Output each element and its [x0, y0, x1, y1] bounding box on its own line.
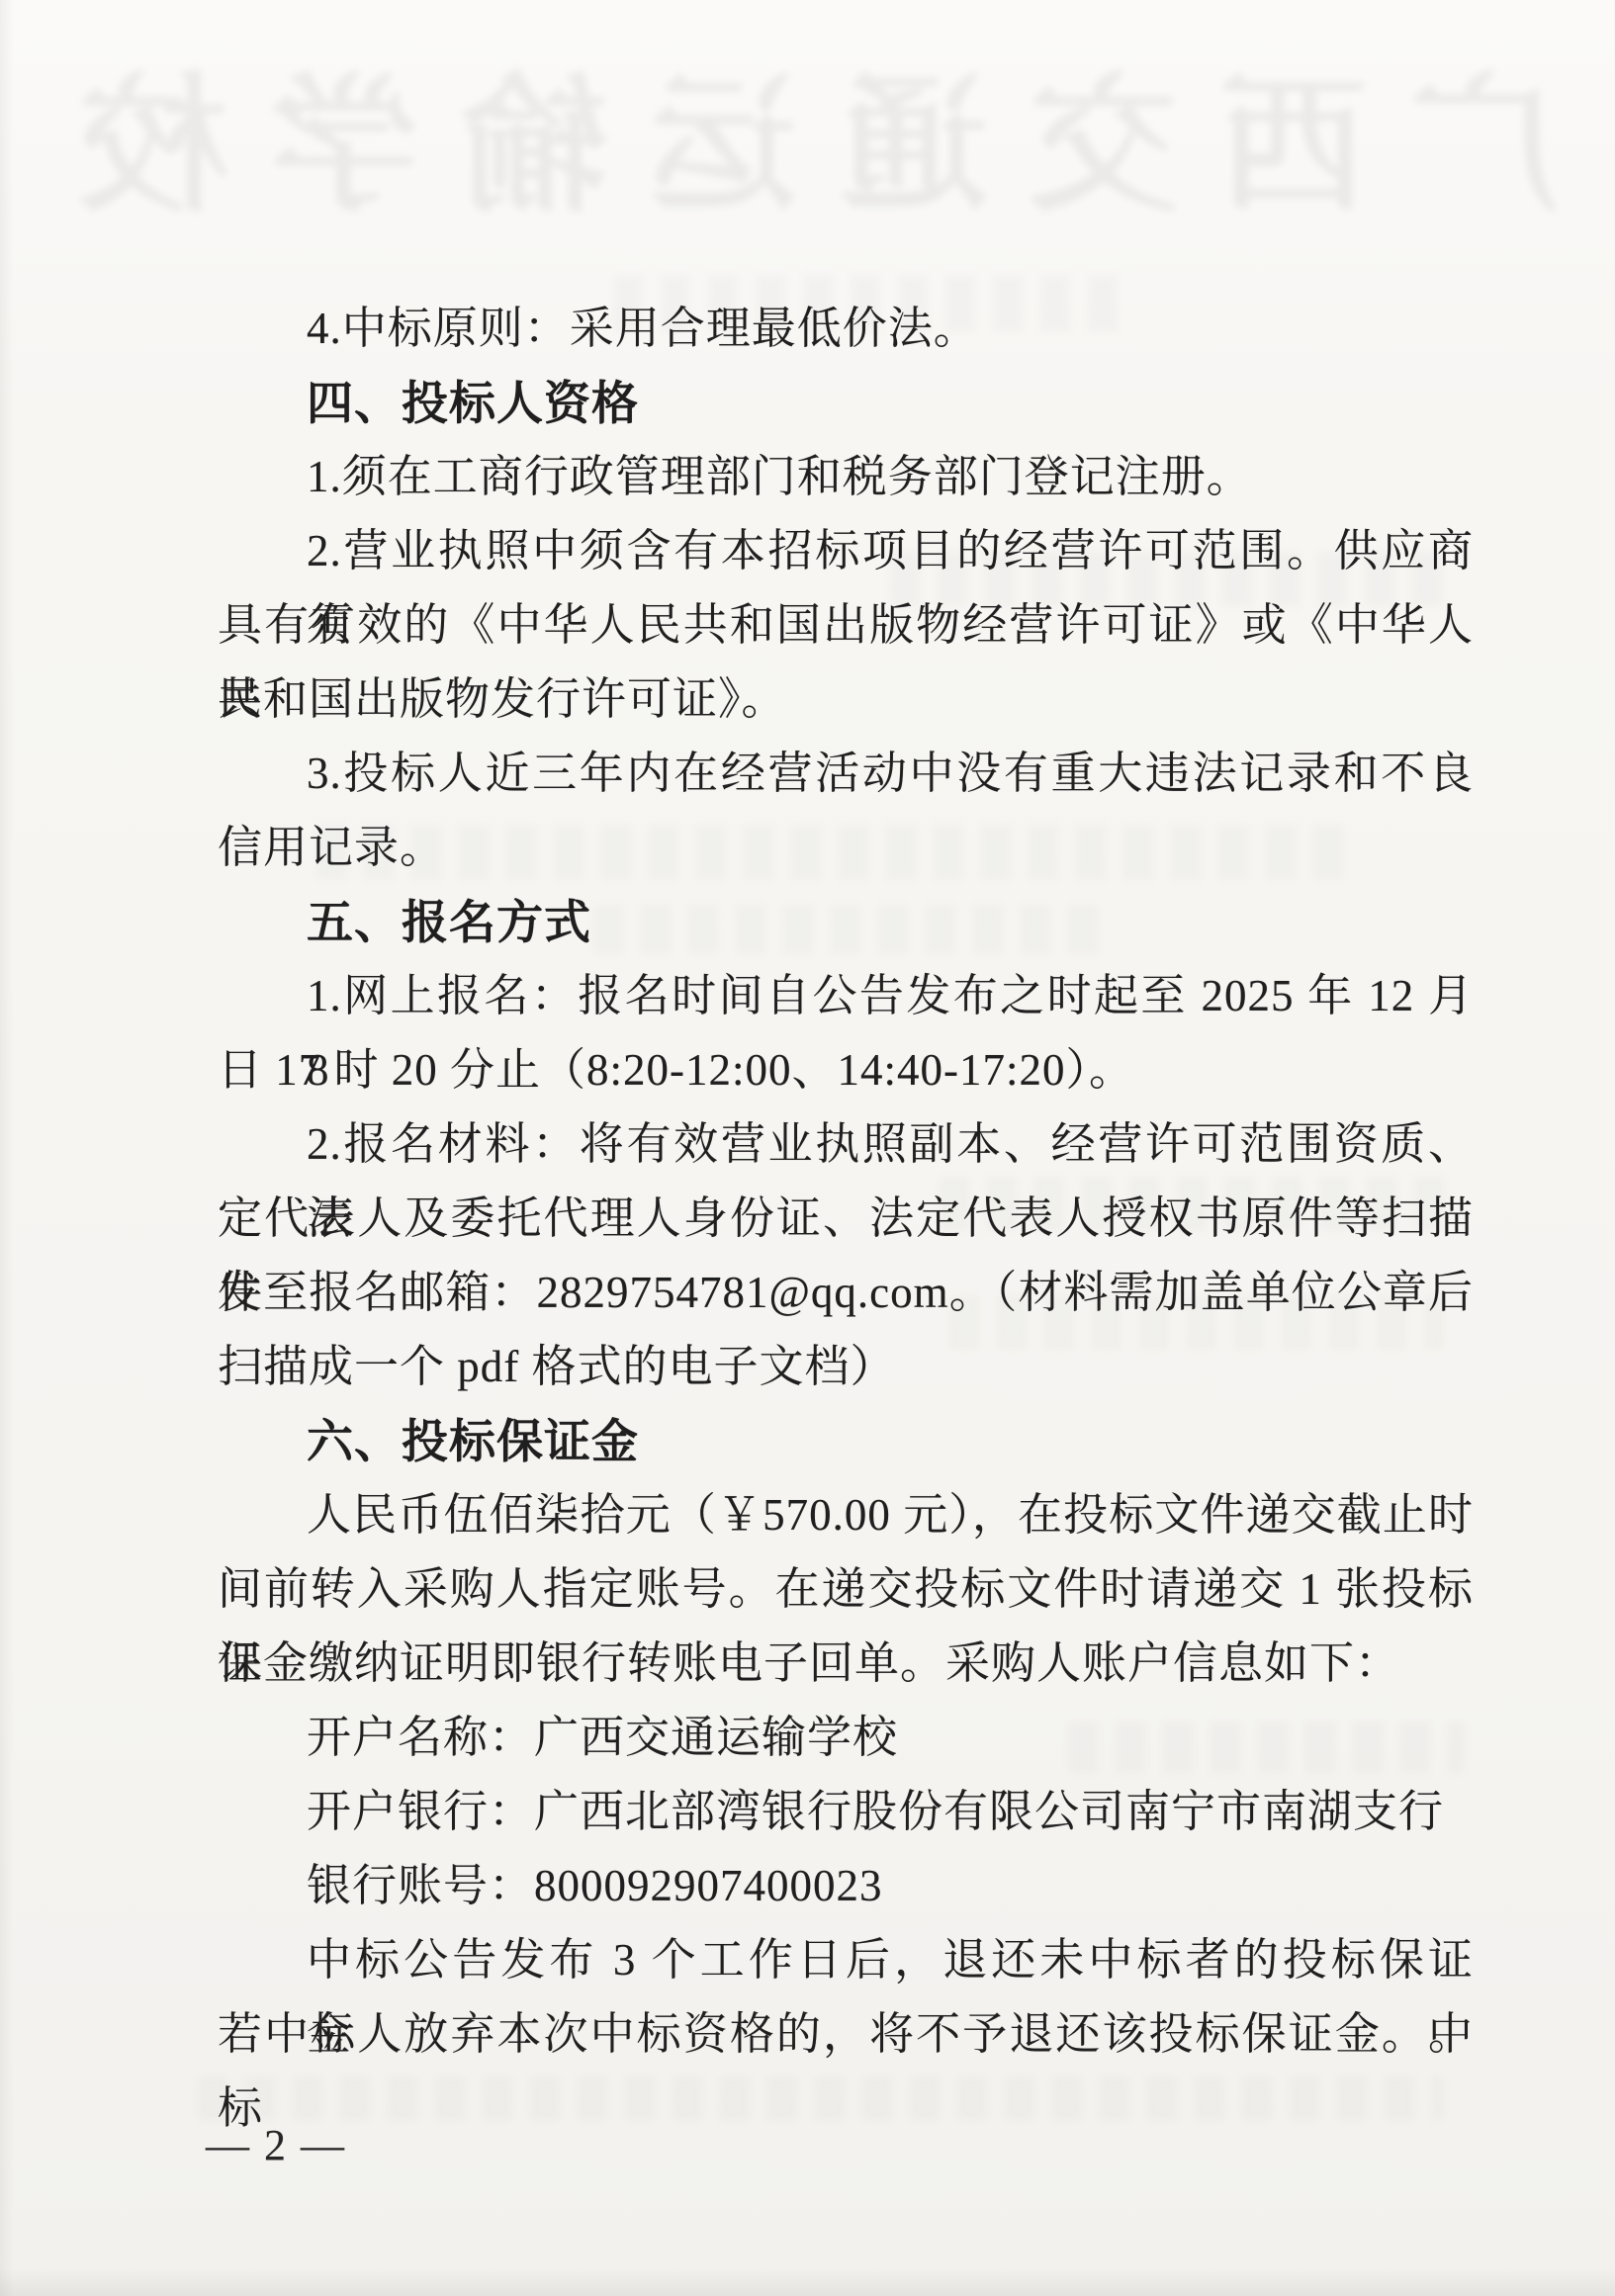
document-line: 日 17 时 20 分止（8:20-12:00、14:40-17:20）。 [218, 1033, 1474, 1107]
document-line: 定代表人及委托代理人身份证、法定代表人授权书原件等扫描件 [218, 1182, 1474, 1256]
document-line: 1.网上报名：报名时间自公告发布之时起至 2025 年 12 月 8 [218, 959, 1474, 1033]
document-line: 2.报名材料：将有效营业执照副本、经营许可范围资质、法 [218, 1107, 1474, 1182]
bleedthrough-smudge [198, 2076, 1444, 2120]
document-line: 具有有效的《中华人民共和国出版物经营许可证》或《中华人民 [218, 588, 1474, 662]
document-lines: 4.中标原则：采用合理最低价法。四、投标人资格1.须在工商行政管理部门和税务部门… [218, 292, 1474, 2072]
document-line: 3.投标人近三年内在经营活动中没有重大违法记录和不良 [218, 737, 1474, 811]
document-line: 人民币伍佰柒拾元（￥570.00 元），在投标文件递交截止时 [218, 1478, 1474, 1552]
document-line: 银行账号：800092907400023 [218, 1849, 1474, 1923]
section-heading: 四、投标人资格 [218, 366, 1474, 440]
page-number: — 2 — [206, 2108, 346, 2182]
document-line: 共和国出版物发行许可证》。 [218, 662, 1474, 737]
scan-edge-shadow [0, 2268, 1615, 2296]
scanned-document-page: 广西交通运输学校 4.中标原则：采用合理最低价法。四、投标人资格1.须在工商行政… [0, 0, 1615, 2296]
document-line: 1.须在工商行政管理部门和税务部门登记注册。 [218, 440, 1474, 514]
document-line: 中标公告发布 3 个工作日后，退还未中标者的投标保证金。 [218, 1923, 1474, 1997]
document-line: 信用记录。 [218, 811, 1474, 885]
document-line: 若中标人放弃本次中标资格的，将不予退还该投标保证金。中标 [218, 1997, 1474, 2072]
document-line: 开户银行：广西北部湾银行股份有限公司南宁市南湖支行 [218, 1775, 1474, 1849]
document-line: 扫描成一个 pdf 格式的电子文档） [218, 1330, 1474, 1404]
document-line: 4.中标原则：采用合理最低价法。 [218, 292, 1474, 366]
section-heading: 五、报名方式 [218, 885, 1474, 959]
document-line: 发至报名邮箱：2829754781@qq.com。（材料需加盖单位公章后 [218, 1256, 1474, 1330]
scan-edge-shadow [0, 0, 14, 2296]
document-body: 4.中标原则：采用合理最低价法。四、投标人资格1.须在工商行政管理部门和税务部门… [218, 292, 1474, 2072]
document-line: 证金缴纳证明即银行转账电子回单。采购人账户信息如下： [218, 1627, 1474, 1701]
section-heading: 六、投标保证金 [218, 1404, 1474, 1478]
bleedthrough-title: 广西交通运输学校 [54, 61, 1558, 229]
document-line: 2.营业执照中须含有本招标项目的经营许可范围。供应商须 [218, 514, 1474, 588]
document-line: 开户名称：广西交通运输学校 [218, 1701, 1474, 1775]
document-line: 间前转入采购人指定账号。在递交投标文件时请递交 1 张投标保 [218, 1552, 1474, 1627]
